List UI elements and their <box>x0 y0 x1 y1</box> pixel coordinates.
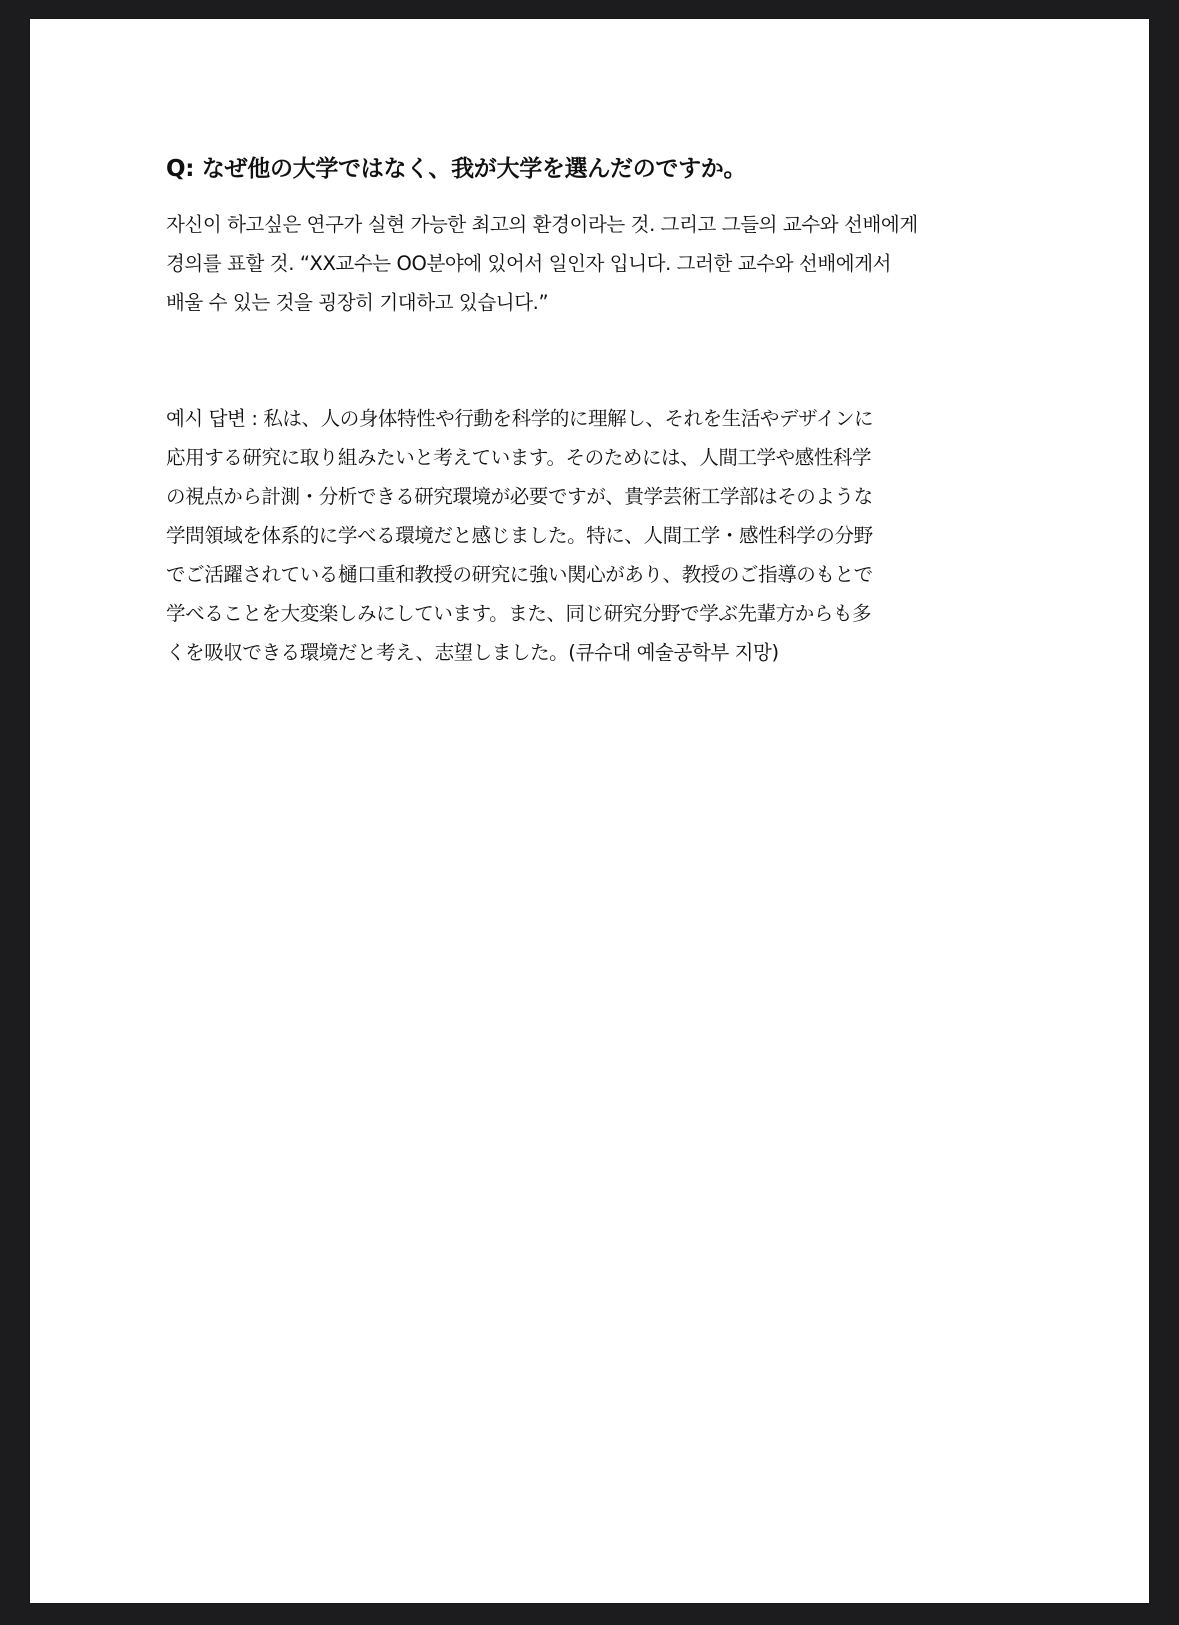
example-line: の視点から計測・分析できる研究環境が必要ですが、貴学芸術工学部はそのような <box>166 477 1016 516</box>
example-line: 学問領域を体系的に学べる環境だと感じました。特に、人間工学・感性科学の分野 <box>166 516 1016 555</box>
example-line: 学べることを大変楽しみにしています。また、同じ研究分野で学ぶ先輩方からも多 <box>166 594 1016 633</box>
example-line: 예시 답변 : 私は、人の身体特性や行動を科学的に理解し、それを生活やデザインに <box>166 399 1016 438</box>
guide-line: 배울 수 있는 것을 굉장히 기대하고 있습니다.” <box>166 283 1016 322</box>
document-content: Q: なぜ他の大学ではなく、我が大学を選んだのですか。 자신이 하고싶은 연구가… <box>166 149 1016 672</box>
example-line: でご活躍されている樋口重和教授の研究に強い関心があり、教授のご指導のもとで <box>166 555 1016 594</box>
example-answer-paragraph: 예시 답변 : 私は、人の身体特性や行動を科学的に理解し、それを生活やデザインに… <box>166 399 1016 672</box>
example-line: 応用する研究に取り組みたいと考えています。そのためには、人間工学や感性科学 <box>166 438 1016 477</box>
guide-line: 자신이 하고싶은 연구가 실현 가능한 최고의 환경이라는 것. 그리고 그들의… <box>166 205 1016 244</box>
document-page: Q: なぜ他の大学ではなく、我が大学を選んだのですか。 자신이 하고싶은 연구가… <box>30 19 1149 1603</box>
guide-line: 경의를 표할 것. “XX교수는 OO분야에 있어서 일인자 입니다. 그러한 … <box>166 244 1016 283</box>
question-heading: Q: なぜ他の大学ではなく、我が大学を選んだのですか。 <box>166 149 1016 189</box>
guide-paragraph: 자신이 하고싶은 연구가 실현 가능한 최고의 환경이라는 것. 그리고 그들의… <box>166 205 1016 322</box>
example-line: くを吸収できる環境だと考え、志望しました。(큐슈대 예술공학부 지망) <box>166 633 1016 672</box>
